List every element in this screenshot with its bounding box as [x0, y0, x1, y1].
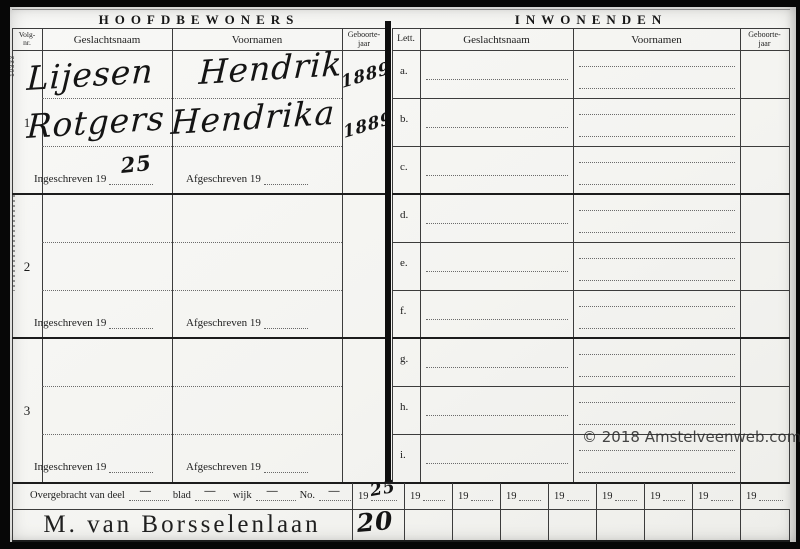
year-label: 19 — [410, 491, 421, 502]
writing-line — [579, 376, 735, 377]
handwritten-dash: — — [204, 485, 214, 497]
street-name-stamp: M. van Borsselenlaan — [12, 509, 352, 540]
year-label: 19 — [458, 491, 469, 502]
year-label: 19 — [746, 491, 757, 502]
ingeschreven-dotted-line — [109, 462, 153, 473]
table-line — [392, 337, 790, 339]
writing-line — [426, 415, 568, 416]
handwritten-dash: — — [329, 485, 339, 497]
year-cell: 19 — [740, 483, 790, 509]
writing-line — [42, 146, 342, 147]
writing-line — [579, 402, 735, 403]
row-letter: f. — [400, 305, 420, 317]
ingeschreven-dotted-line — [109, 318, 153, 329]
row-letter: i. — [400, 449, 420, 461]
table-line — [392, 28, 393, 483]
table-line — [342, 28, 343, 483]
writing-line — [579, 232, 735, 233]
column-header-voornamen-left: Voornamen — [172, 34, 342, 46]
table-line — [548, 509, 549, 540]
afgeschreven-field: Afgeschreven 19 — [186, 461, 308, 473]
transfer-dotted-line: — — [129, 490, 169, 501]
page-top-edge-line — [12, 9, 790, 10]
row-letter: h. — [400, 401, 420, 413]
table-line — [596, 509, 597, 540]
scanned-register-page: { "left_page": { "title": "HOOFDBEWONERS… — [0, 0, 800, 549]
year-dotted-line — [423, 491, 446, 501]
table-line — [392, 193, 790, 195]
column-header-lett: Lett. — [392, 34, 420, 44]
transfer-line: Overgebracht van deel — blad — wijk — No… — [30, 490, 353, 501]
year-dotted-line — [471, 491, 494, 501]
column-header-geslachtsnaam-right: Geslachtsnaam — [420, 34, 573, 46]
column-header-geboorte-line2: jaar — [740, 40, 789, 49]
table-line — [789, 28, 790, 483]
writing-line — [426, 79, 568, 80]
writing-line — [579, 114, 735, 115]
year-cell: 19 — [404, 483, 452, 509]
year-dotted-line — [519, 491, 542, 501]
handwritten-firstname-1: Hendrik — [198, 44, 343, 92]
table-line — [692, 509, 693, 540]
column-header-volgnr-line2: nr. — [12, 39, 42, 47]
writing-line — [579, 424, 735, 425]
table-line — [172, 28, 173, 483]
table-line — [12, 540, 790, 542]
column-header-volgnr: Volg- nr. — [12, 31, 42, 48]
table-line — [12, 28, 386, 29]
writing-line — [579, 66, 735, 67]
handwritten-dash: — — [140, 485, 150, 497]
writing-line — [42, 386, 342, 387]
year-label: 19 — [602, 491, 613, 502]
writing-line — [579, 210, 735, 211]
row-letter: c. — [400, 161, 420, 173]
afgeschreven-dotted-line — [264, 462, 308, 473]
table-line — [352, 509, 353, 540]
afgeschreven-label: Afgeschreven 19 — [186, 461, 261, 473]
year-cell: 19 — [596, 483, 644, 509]
row-letter: a. — [400, 65, 420, 77]
writing-line — [426, 127, 568, 128]
ingeschreven-label: Ingeschreven 19 — [34, 173, 106, 185]
ingeschreven-label: Ingeschreven 19 — [34, 461, 106, 473]
writing-line — [579, 354, 735, 355]
table-line — [12, 193, 386, 195]
handwritten-surname-1: Lijesen — [26, 51, 154, 98]
column-header-geboortejaar-left: Geboorte- jaar — [342, 31, 386, 49]
afgeschreven-dotted-line — [264, 318, 308, 329]
writing-line — [579, 306, 735, 307]
year-label: 19 — [554, 491, 565, 502]
year-cell: 19 — [692, 483, 740, 509]
afgeschreven-label: Afgeschreven 19 — [186, 317, 261, 329]
table-line — [789, 509, 790, 540]
table-line — [740, 509, 741, 540]
transfer-label-blad: blad — [173, 490, 191, 501]
table-line — [392, 50, 790, 51]
year-cell: 19 — [452, 483, 500, 509]
writing-line — [42, 242, 342, 243]
table-line — [392, 146, 790, 147]
table-line — [420, 28, 421, 483]
table-line — [392, 386, 790, 387]
year-label: 19 — [506, 491, 517, 502]
copyright-watermark: © 2018 Amstelveenweb.com — [582, 428, 800, 446]
writing-line — [426, 319, 568, 320]
afgeschreven-field: Afgeschreven 19 — [186, 173, 308, 185]
table-line — [392, 242, 790, 243]
writing-line — [579, 136, 735, 137]
writing-line — [579, 258, 735, 259]
table-line — [573, 28, 574, 483]
afgeschreven-dotted-line — [264, 174, 308, 185]
writing-line — [579, 328, 735, 329]
writing-line — [579, 88, 735, 89]
handwritten-surname-2: Rotgers — [26, 98, 166, 146]
year-label: 19 — [358, 491, 369, 502]
afgeschreven-field: Afgeschreven 19 — [186, 317, 308, 329]
transfer-label-deel: Overgebracht van deel — [30, 490, 125, 501]
column-header-geboorte-line2: jaar — [342, 40, 386, 49]
writing-line — [426, 463, 568, 464]
ingeschreven-label: Ingeschreven 19 — [34, 317, 106, 329]
page-gutter-divider — [385, 21, 391, 484]
row-letter: g. — [400, 353, 420, 365]
writing-line — [426, 223, 568, 224]
handwritten-firstname-2: Hendrika — [170, 93, 336, 142]
writing-line — [426, 175, 568, 176]
row-letter: b. — [400, 113, 420, 125]
year-cell: 19 — [548, 483, 596, 509]
writing-line — [579, 450, 735, 451]
column-header-geboortejaar-right: Geboorte- jaar — [740, 31, 789, 49]
row-letter: e. — [400, 257, 420, 269]
transfer-label-wijk: wijk — [233, 490, 252, 501]
handwritten-house-number: 20 — [355, 506, 394, 538]
ingeschreven-field: Ingeschreven 19 — [34, 461, 153, 473]
handwritten-ingeschreven-year: 25 — [119, 150, 153, 178]
right-section-title: INWONENDEN — [392, 12, 790, 28]
year-dotted-line — [711, 491, 734, 501]
table-line — [404, 509, 405, 540]
table-line — [644, 509, 645, 540]
writing-line — [579, 162, 735, 163]
transfer-label-no: No. — [300, 490, 315, 501]
table-line — [452, 509, 453, 540]
table-line — [740, 28, 741, 483]
table-line — [392, 28, 790, 29]
ingeschreven-field: Ingeschreven 19 — [34, 317, 153, 329]
transfer-dotted-line: — — [319, 490, 353, 501]
year-dotted-line — [663, 491, 686, 501]
transfer-dotted-line: — — [195, 490, 229, 501]
left-section-title: HOOFDBEWONERS — [12, 12, 386, 28]
year-dotted-line — [615, 491, 638, 501]
table-line — [392, 290, 790, 291]
register-sheet: 10333 HOOFDBEWONERS Volg- nr. Geslachtsn… — [10, 7, 796, 542]
table-line — [392, 98, 790, 99]
row-letter: d. — [400, 209, 420, 221]
year-dotted-line — [567, 491, 590, 501]
writing-line — [579, 184, 735, 185]
column-header-geslachtsnaam-left: Geslachtsnaam — [42, 34, 172, 46]
table-line — [12, 337, 386, 339]
year-cell: 19 — [644, 483, 692, 509]
column-header-voornamen-right: Voornamen — [573, 34, 740, 46]
writing-line — [42, 434, 342, 435]
transfer-dotted-line: — — [256, 490, 296, 501]
afgeschreven-label: Afgeschreven 19 — [186, 173, 261, 185]
row-number: 2 — [12, 259, 42, 275]
year-label: 19 — [698, 491, 709, 502]
row-number: 3 — [12, 403, 42, 419]
year-cell: 19 — [500, 483, 548, 509]
writing-line — [42, 290, 342, 291]
writing-line — [579, 280, 735, 281]
table-line — [500, 509, 501, 540]
writing-line — [426, 367, 568, 368]
year-label: 19 — [650, 491, 661, 502]
handwritten-dash: — — [267, 485, 277, 497]
writing-line — [579, 472, 735, 473]
writing-line — [426, 271, 568, 272]
margin-serial-number: 10333 — [10, 55, 16, 77]
year-dotted-line — [759, 491, 784, 501]
